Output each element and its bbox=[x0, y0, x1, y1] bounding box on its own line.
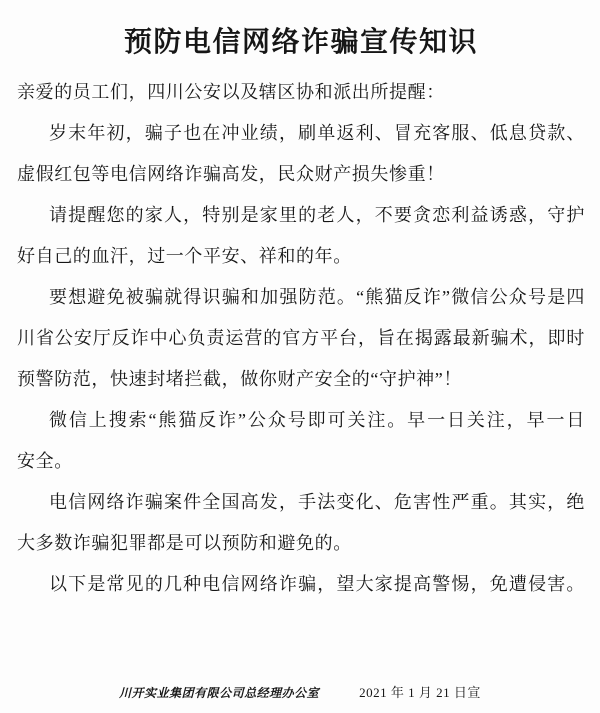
text-line: 亲爱的员工们，四川公安以及辖区协和派出所提醒： bbox=[17, 72, 585, 113]
text-line: 以下是常见的几种电信网络诈骗，望大家提高警惕，免遭侵害。 bbox=[17, 564, 585, 605]
text-line: 要想避免被骗就得识骗和加强防范。“熊猫反诈”微信公众号是四 bbox=[17, 277, 585, 318]
text-line: 微信上搜索“熊猫反诈”公众号即可关注。早一日关注，早一日 bbox=[17, 400, 585, 441]
paragraph-common-types-intro: 以下是常见的几种电信网络诈骗，望大家提高警惕，免遭侵害。 bbox=[17, 564, 585, 605]
paragraph-salutation: 亲爱的员工们，四川公安以及辖区协和派出所提醒： bbox=[17, 72, 585, 113]
page-title: 预防电信网络诈骗宣传知识 bbox=[17, 26, 585, 60]
text-line: 岁末年初，骗子也在冲业绩，刷单返利、冒充客服、低息贷款、 bbox=[17, 113, 585, 154]
paragraph-remind-family: 请提醒您的家人，特别是家里的老人，不要贪恋利益诱惑，守护 好自己的血汗，过一个平… bbox=[17, 195, 585, 277]
text-line: 安全。 bbox=[17, 441, 585, 482]
paragraph-prevention-possible: 电信网络诈骗案件全国高发，手法变化、危害性严重。其实，绝 大多数诈骗犯罪都是可以… bbox=[17, 482, 585, 564]
document-footer: 川开实业集团有限公司总经理办公室 2021 年 1 月 21 日宣 bbox=[0, 682, 600, 701]
scanned-notice-page: 预防电信网络诈骗宣传知识 亲爱的员工们，四川公安以及辖区协和派出所提醒： 岁末年… bbox=[0, 0, 600, 713]
text-line: 虚假红包等电信网络诈骗高发，民众财产损失惨重！ bbox=[17, 154, 585, 195]
issue-date: 2021 年 1 月 21 日宣 bbox=[359, 682, 481, 701]
text-line: 预警防范，快速封堵拦截，做你财产安全的“守护神”！ bbox=[17, 359, 585, 400]
text-line: 川省公安厅反诈中心负责运营的官方平台，旨在揭露最新骗术，即时 bbox=[17, 318, 585, 359]
paragraph-fraud-surge: 岁末年初，骗子也在冲业绩，刷单返利、冒充客服、低息贷款、 虚假红包等电信网络诈骗… bbox=[17, 113, 585, 195]
text-line: 好自己的血汗，过一个平安、祥和的年。 bbox=[17, 236, 585, 277]
paragraph-wechat-follow: 微信上搜索“熊猫反诈”公众号即可关注。早一日关注，早一日 安全。 bbox=[17, 400, 585, 482]
document-body: 亲爱的员工们，四川公安以及辖区协和派出所提醒： 岁末年初，骗子也在冲业绩，刷单返… bbox=[17, 72, 585, 605]
text-line: 请提醒您的家人，特别是家里的老人，不要贪恋利益诱惑，守护 bbox=[17, 195, 585, 236]
issuer-name: 川开实业集团有限公司总经理办公室 bbox=[119, 684, 319, 701]
text-line: 电信网络诈骗案件全国高发，手法变化、危害性严重。其实，绝 bbox=[17, 482, 585, 523]
text-line: 大多数诈骗犯罪都是可以预防和避免的。 bbox=[17, 523, 585, 564]
paragraph-panda-antifraud-intro: 要想避免被骗就得识骗和加强防范。“熊猫反诈”微信公众号是四 川省公安厅反诈中心负… bbox=[17, 277, 585, 400]
